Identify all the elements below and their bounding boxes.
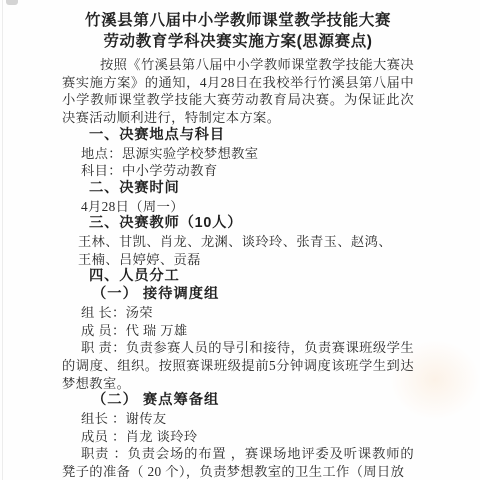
document-title-line-2: 劳动教育学科决赛实施方案(思源赛点) <box>62 31 414 52</box>
reception-group-leader-line: 组 长：汤荣 <box>62 304 414 322</box>
preparation-group-members-line: 成员 ：肖龙 谈玲玲 <box>62 428 414 446</box>
document-page: 竹溪县第八届中小学教师课堂教学技能大赛 劳动教育学科决赛实施方案(思源赛点) 按… <box>0 0 480 480</box>
reception-group-duty-paragraph: 职 责：负责参赛人员的导引和接待，负责赛课班级学生的调度、组织。按照赛课班级提前… <box>62 339 414 392</box>
section-heading-4-staffing: 四、人员分工 <box>62 268 414 286</box>
intro-paragraph: 按照《竹溪县第八届中小学教师课堂教学技能大赛决赛实施方案》的通知，4月28日在我… <box>62 56 414 127</box>
subsection-heading-preparation-group: （二） 赛点筹备组 <box>62 392 414 410</box>
document-title-line-1: 竹溪县第八届中小学教师课堂教学技能大赛 <box>62 10 414 31</box>
reception-group-members-line: 成 员：代 瑞 万雄 <box>62 322 414 340</box>
document-body: 竹溪县第八届中小学教师课堂教学技能大赛 劳动教育学科决赛实施方案(思源赛点) 按… <box>0 0 480 480</box>
preparation-group-leader-line: 组长 ：谢传友 <box>62 410 414 428</box>
teacher-names-line-2: 王楠、吕婷婷、贡磊 <box>62 251 414 269</box>
teacher-names-line-1: 王林、甘凯、肖龙、龙渊、谈玲玲、张青玉、赵鸿、 <box>62 233 414 251</box>
venue-line: 地点：思源实验学校梦想教室 <box>62 145 414 163</box>
section-heading-2-time: 二、决赛时间 <box>62 180 414 198</box>
subject-line: 科目：中小学劳动教育 <box>62 162 414 180</box>
subsection-heading-reception-group: （一） 接待调度组 <box>62 286 414 304</box>
document-title: 竹溪县第八届中小学教师课堂教学技能大赛 劳动教育学科决赛实施方案(思源赛点) <box>62 10 414 52</box>
document-content: 按照《竹溪县第八届中小学教师课堂教学技能大赛决赛实施方案》的通知，4月28日在我… <box>62 56 414 480</box>
preparation-group-duty-paragraph: 职责 ：负责会场的布置 ，赛课场地评委及听课教师的凳子的准备（ 20 个），负责… <box>62 445 414 480</box>
section-heading-3-teachers: 三、决赛教师（10人） <box>62 215 414 233</box>
section-heading-1-venue-subject: 一、决赛地点与科目 <box>62 127 414 145</box>
date-line: 4月28日（周一） <box>62 198 414 216</box>
